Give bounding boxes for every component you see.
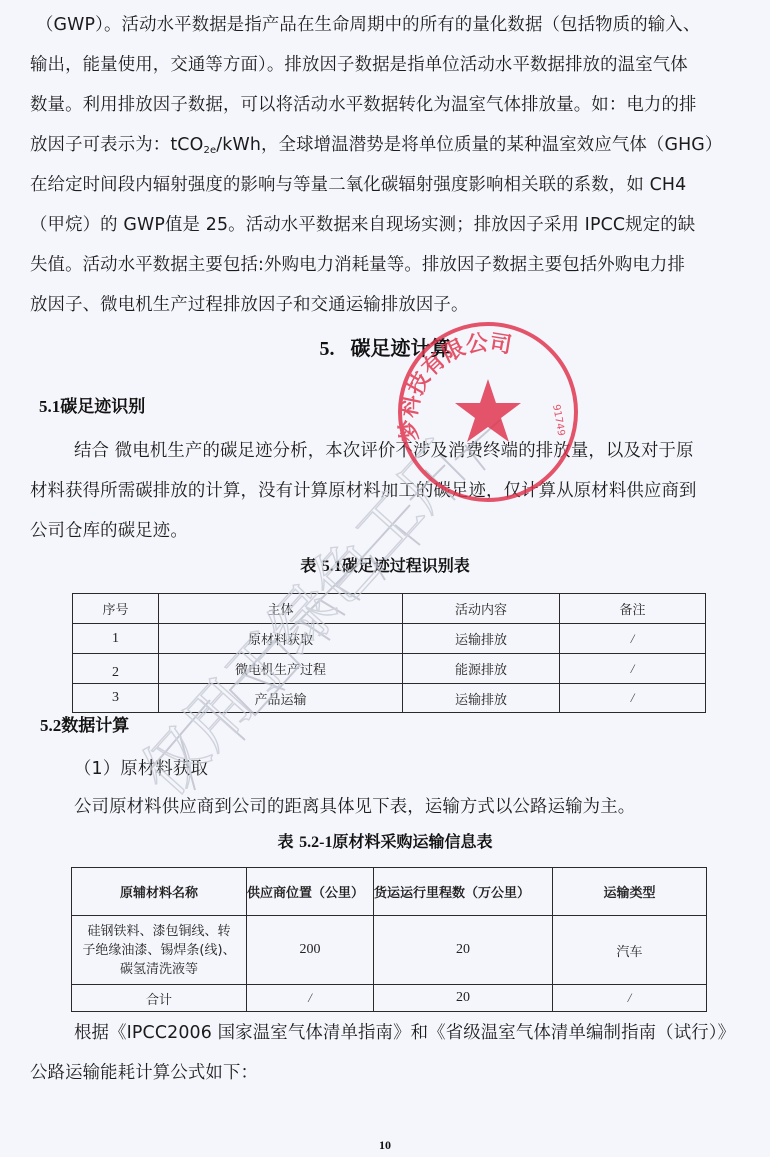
table-cell: 2 xyxy=(73,654,159,684)
page-number: 10 xyxy=(0,1138,770,1153)
table-row: 2 微电机生产过程 能源排放 / xyxy=(73,654,706,684)
header-cell: 活动内容 xyxy=(403,594,560,624)
intro-line-4-after: /kWh，全球增温潜势是将单位质量的某种温室效应气体（GHG） xyxy=(216,135,722,155)
table-cell: 3 xyxy=(73,684,159,713)
table-cell: 运输排放 xyxy=(403,624,560,654)
intro-line-5: 在给定时间段内辐射强度的影响与等量二氧化碳辐射强度影响相关联的系数，如 CH4 xyxy=(30,175,686,195)
table-row: 1 原材料获取 运输排放 / xyxy=(73,624,706,654)
table-cell: / xyxy=(553,985,707,1012)
table-row: 3 产品运输 运输排放 / xyxy=(73,684,706,713)
material-line: 子绝缘油漆、锡焊条(线)、 xyxy=(72,941,246,960)
caption-number: 5.1 xyxy=(322,558,342,575)
raw-material-transport-table: 原辅材料名称 供应商位置（公里） 货运运行里程数（万公里） 运输类型 硅钢铁料、… xyxy=(71,867,707,1012)
intro-line-8: 放因子、微电机生产过程排放因子和交通运输排放因子。 xyxy=(30,295,469,315)
caption-title: 碳足迹过程识别表 xyxy=(342,556,470,575)
section-5-title: 碳足迹计算 xyxy=(351,336,451,360)
transport-type-cell: 汽车 xyxy=(553,916,707,985)
header-cell: 原辅材料名称 xyxy=(72,868,247,916)
section-5-2-number: 5.2 xyxy=(40,716,61,735)
header-cell: 备注 xyxy=(560,594,706,624)
carbon-footprint-process-table: 序号 主体 活动内容 备注 1 原材料获取 运输排放 / 2 微电机生产过程 能… xyxy=(72,593,706,713)
s51-line-3: 公司仓库的碳足迹。 xyxy=(30,521,188,541)
intro-line-3: 数量。利用排放因子数据，可以将活动水平数据转化为温室气体排放量。如：电力的排 xyxy=(30,95,697,115)
section-5-1-title: 碳足迹识别 xyxy=(60,397,145,417)
table-cell: 原材料获取 xyxy=(159,624,403,654)
distance-cell: 200 xyxy=(247,916,374,985)
material-names-cell: 硅钢铁料、漆包铜线、转 子绝缘油漆、锡焊条(线)、 碳氢清洗液等 xyxy=(72,916,247,985)
table-header-row: 序号 主体 活动内容 备注 xyxy=(73,594,706,624)
intro-line-2: 输出，能量使用，交通等方面）。排放因子数据是指单位活动水平数据排放的温室气体 xyxy=(30,55,688,75)
caption-prefix: 表 xyxy=(278,832,294,851)
table-row: 硅钢铁料、漆包铜线、转 子绝缘油漆、锡焊条(线)、 碳氢清洗液等 200 20 … xyxy=(72,916,707,985)
closing-line-1: 根据《IPCC2006 国家温室气体清单指南》和《省级温室气体清单编制指南（试行… xyxy=(74,1023,735,1043)
svg-text:91749: 91749 xyxy=(550,404,566,437)
header-cell: 序号 xyxy=(73,594,159,624)
section-5-1-heading: 5.1碳足迹识别 xyxy=(39,397,145,417)
table-cell: 产品运输 xyxy=(159,684,403,713)
intro-line-1: （GWP）。活动水平数据是指产品在生命周期中的所有的量化数据（包括物质的输入、 xyxy=(36,15,700,35)
intro-line-7: 失值。活动水平数据主要包括:外购电力消耗量等。排放因子数据主要包括外购电力排 xyxy=(30,255,685,275)
s51-line-2: 材料获得所需碳排放的计算，没有计算原材料加工的碳足迹，仅计算从原材料供应商到 xyxy=(30,481,697,501)
table-cell: 能源排放 xyxy=(403,654,560,684)
table-header-row: 原辅材料名称 供应商位置（公里） 货运运行里程数（万公里） 运输类型 xyxy=(72,868,707,916)
caption-prefix: 表 xyxy=(300,556,316,575)
intro-line-4: 放因子可表示为：tCO2e/kWh，全球增温潜势是将单位质量的某种温室效应气体（… xyxy=(30,135,722,161)
s51-line-1: 结合 微电机生产的碳足迹分析，本次评价不涉及消费终端的排放量，以及对于原 xyxy=(74,441,694,461)
table-cell: / xyxy=(560,624,706,654)
table-total-row: 合计 / 20 / xyxy=(72,985,707,1012)
subsection-raw-material: （1）原材料获取 xyxy=(74,759,208,779)
material-line: 硅钢铁料、漆包铜线、转 xyxy=(72,922,246,941)
intro-line-6: （甲烷）的 GWP值是 25。活动水平数据来自现场实测；排放因子采用 IPCC规… xyxy=(30,215,695,235)
section-5-2-heading: 5.2数据计算 xyxy=(40,716,129,736)
table-cell: / xyxy=(247,985,374,1012)
table-cell: 20 xyxy=(374,985,553,1012)
header-cell: 运输类型 xyxy=(553,868,707,916)
section-5-2-title: 数据计算 xyxy=(61,716,129,736)
document-page: （GWP）。活动水平数据是指产品在生命周期中的所有的量化数据（包括物质的输入、 … xyxy=(0,0,770,1157)
caption-title: 原材料采购运输信息表 xyxy=(332,832,492,851)
section-5-1-number: 5.1 xyxy=(39,397,60,416)
header-cell: 主体 xyxy=(159,594,403,624)
section-5-heading: 5.碳足迹计算 xyxy=(0,336,770,361)
header-cell: 供应商位置（公里） xyxy=(247,868,374,916)
table-5-1-caption: 表 5.1碳足迹过程识别表 xyxy=(0,556,770,577)
material-line: 碳氢清洗液等 xyxy=(72,960,246,979)
total-label-cell: 合计 xyxy=(72,985,247,1012)
table-5-2-1-caption: 表 5.2-1原材料采购运输信息表 xyxy=(0,832,770,853)
header-cell: 货运运行里程数（万公里） xyxy=(374,868,553,916)
table-cell: 运输排放 xyxy=(403,684,560,713)
mileage-cell: 20 xyxy=(374,916,553,985)
table-cell: 1 xyxy=(73,624,159,654)
section-5-number: 5. xyxy=(320,338,335,360)
caption-number: 5.2-1 xyxy=(299,834,332,851)
closing-line-2: 公路运输能耗计算公式如下： xyxy=(30,1063,258,1083)
intro-line-4-before: 放因子可表示为：tCO xyxy=(30,135,203,155)
table-cell: 微电机生产过程 xyxy=(159,654,403,684)
s52-paragraph: 公司原材料供应商到公司的距离具体见下表，运输方式以公路运输为主。 xyxy=(74,797,635,817)
co2e-subscript: 2e xyxy=(203,145,216,156)
table-cell: / xyxy=(560,684,706,713)
table-cell: / xyxy=(560,654,706,684)
